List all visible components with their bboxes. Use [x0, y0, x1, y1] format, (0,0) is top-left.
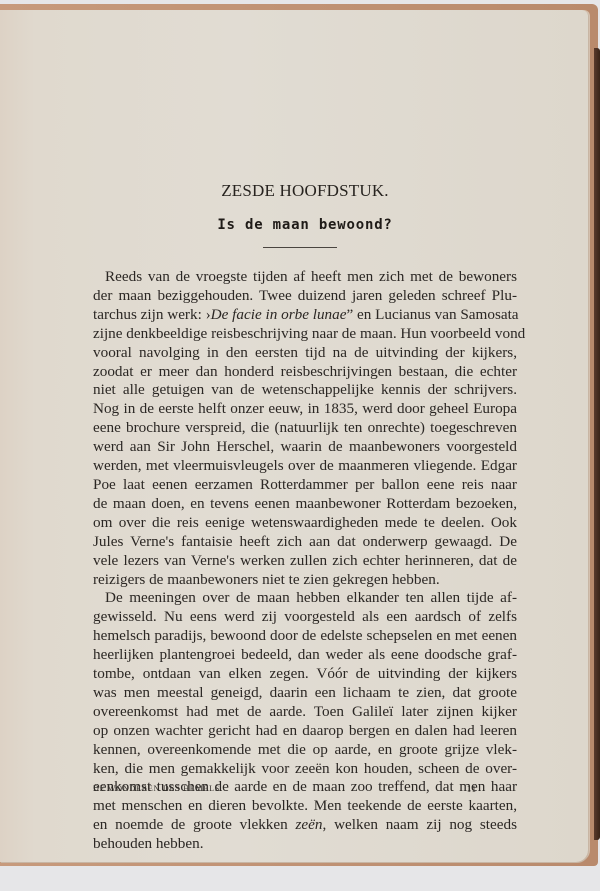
text-line: op onzen wachter gericht had en daarop b… — [93, 722, 517, 741]
text-line: zoodat er meer dan honderd reisbeschrijv… — [93, 363, 517, 382]
text-line: niet alle getuigen van de wetenschappeli… — [93, 381, 517, 400]
text-line-with-italic-title: tarchus zijn werk: ›De facie in orbe lun… — [93, 306, 517, 325]
book-photo: ZESDE HOOFDSTUK. Is de maan bewoond? Ree… — [0, 0, 600, 891]
text-line: overeenkomst had met de aarde. Toen Gali… — [93, 703, 517, 722]
text-line: Poe laat eenen eerzamen Rotterdammer per… — [93, 476, 517, 495]
text-line: eene brochure verspreid, die (natuurlijk… — [93, 419, 517, 438]
text-line: Reeds van de vroegste tijden af heeft me… — [93, 268, 517, 287]
text-line: behouden hebben. — [93, 835, 517, 854]
text-line: de maan doen, en tevens eenen maanbewone… — [93, 495, 517, 514]
text-line: heerlijken plantengroei bedeeld, dan wed… — [93, 646, 517, 665]
text-line: met menschen en dieren bevolkte. Men tee… — [93, 797, 517, 816]
text-line: reizigers de maanbewoners niet te zien g… — [93, 571, 517, 590]
paragraph-1: Reeds van de vroegste tijden af heeft me… — [93, 268, 517, 589]
book-spine-edge — [594, 48, 600, 840]
text-line: om over die reis eenige wetenswaardighed… — [93, 514, 517, 533]
text-line: der maan beziggehouden. Twee duizend jar… — [93, 287, 517, 306]
text-line: zijne denkbeeldige reisbeschrijving naar… — [93, 325, 517, 344]
page-footer: DE WONDEREN DES HEMELS. 11 — [93, 784, 517, 798]
text-line: vooral navolging in den eersten tijd na … — [93, 344, 517, 363]
running-title: DE WONDEREN DES HEMELS. — [93, 784, 223, 793]
signature-mark: 11 — [467, 784, 477, 794]
title-divider — [263, 247, 337, 248]
text-line: werden, met vleermuisvleugels over de ma… — [93, 457, 517, 476]
paragraph-2: De meeningen over de maan hebben elkande… — [93, 589, 517, 854]
chapter-title: Is de maan bewoond? — [93, 217, 517, 233]
text-line: tombe, ontdaan van elken zegen. Vóór de … — [93, 665, 517, 684]
text-line: gewisseld. Nu eens werd zij voorgesteld … — [93, 608, 517, 627]
text-line: vele lezers van Verne's werken zullen zi… — [93, 552, 517, 571]
italic-book-title: De facie in orbe lunae — [211, 306, 347, 323]
text-line: De meeningen over de maan hebben elkande… — [93, 589, 517, 608]
text-line: ken, die men gemakkelijk voor zeeën kon … — [93, 760, 517, 779]
chapter-body: Reeds van de vroegste tijden af heeft me… — [93, 268, 517, 854]
book-page: ZESDE HOOFDSTUK. Is de maan bewoond? Ree… — [0, 10, 588, 862]
text-line: was men meestal geneigd, daarin een lich… — [93, 684, 517, 703]
text-line: hemelsch paradijs, bewoond door de edels… — [93, 627, 517, 646]
italic-word: zeën — [296, 816, 323, 833]
chapter-heading: ZESDE HOOFDSTUK. — [93, 181, 517, 201]
text-line-with-italic-word: en noemde de groote vlekken zeën, welken… — [93, 816, 517, 835]
text-line: Jules Verne's fantaisie heeft zich aan d… — [93, 533, 517, 552]
text-line: werd aan Sir John Herschel, waarin de ma… — [93, 438, 517, 457]
text-line: Nog in de eerste helft onzer eeuw, in 18… — [93, 400, 517, 419]
page-text-block: ZESDE HOOFDSTUK. Is de maan bewoond? Ree… — [93, 10, 517, 862]
text-line: kennen, overeenkomende met die op aarde,… — [93, 741, 517, 760]
